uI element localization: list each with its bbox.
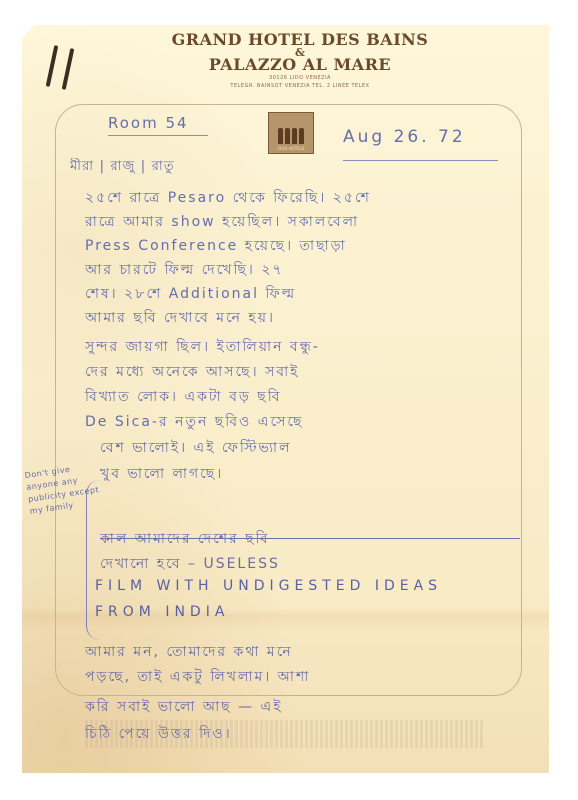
crest-towers-icon: CIGA HOTELS bbox=[268, 112, 314, 154]
struck-line: কাল আমাদের দেশের ছবি bbox=[100, 527, 269, 551]
closing-line: আমার মন, তোমাদের কথা মনে bbox=[85, 640, 293, 664]
strikethrough-line bbox=[100, 538, 520, 539]
hotel-letterhead: GRAND HOTEL DES BAINS & PALAZZO AL MARE … bbox=[150, 32, 450, 89]
letter-date: Aug 26. 72 bbox=[343, 127, 466, 147]
body-line: রাত্রে আমার show হয়েছিল। সকালবেলা bbox=[85, 210, 359, 234]
salutation: মীরা | রাজু | রাতু bbox=[70, 157, 175, 178]
closing-line: করি সবাই ভালো আছ — এই bbox=[85, 695, 283, 719]
english-line: FILM WITH UNDIGESTED IDEAS bbox=[95, 578, 442, 594]
date-underline bbox=[343, 160, 498, 161]
room-underline bbox=[108, 135, 208, 136]
body-line: আমার ছবি দেখাবে মনে হয়। bbox=[85, 306, 275, 330]
body-line: বিখ্যাত লোক। একটা বড় ছবি bbox=[85, 385, 282, 409]
body-line: শেষ। ২৮শে Additional ফিল্ম bbox=[85, 282, 296, 306]
hotel-address: 30126 LIDO VENEZIA bbox=[150, 75, 450, 81]
letterhead-footer-print bbox=[85, 720, 485, 748]
hotel-name-line2: PALAZZO AL MARE bbox=[150, 57, 450, 73]
body-line: De Sica-র নতুন ছবিও এসেছে bbox=[85, 410, 303, 434]
room-number: Room 54 bbox=[108, 114, 189, 132]
body-line: আর চারটে ফিল্ম দেখেছি। ২৭ bbox=[85, 258, 284, 282]
closing-line: পড়ছে, তাই একটু লিখলাম। আশা bbox=[85, 665, 310, 689]
crest-label: CIGA HOTELS bbox=[278, 146, 305, 151]
margin-note: Don't give anyone any publicity except m… bbox=[24, 460, 102, 518]
body-line: বেশ ভালোই। এই ফেস্টিভ্যাল bbox=[100, 436, 292, 460]
body-line: Press Conference হয়েছে। তাছাড়া bbox=[85, 234, 347, 258]
body-line: দেখানো হবে – USELESS bbox=[100, 552, 280, 576]
body-line: ২৫শে রাত্রে Pesaro থেকে ফিরেছি। ২৫শে bbox=[85, 186, 371, 210]
body-line: সুন্দর জায়গা ছিল। ইতালিয়ান বন্ধু- bbox=[85, 335, 320, 359]
body-line: দের মধ্যে অনেকে আসছে। সবাই bbox=[85, 360, 299, 384]
english-line: FROM INDIA bbox=[95, 604, 229, 620]
body-line: খুব ভালো লাগছে। bbox=[100, 462, 223, 486]
hotel-contact: TELEGR. BAINSOT VENEZIA TEL. 2 LINEE TEL… bbox=[150, 83, 450, 89]
